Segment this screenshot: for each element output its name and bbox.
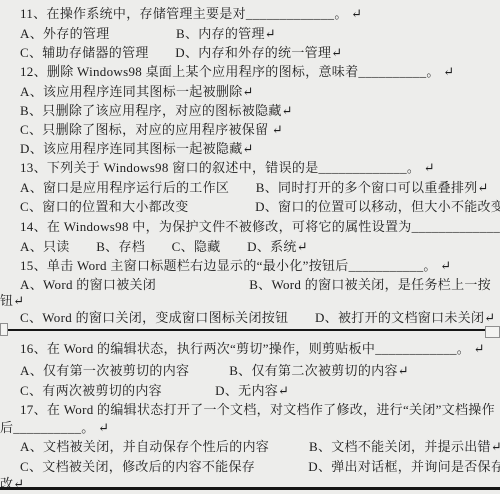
q11-stem: 11、在操作系统中，存储管理主要是对_____________。 ↵ <box>20 6 362 21</box>
q15-stem: 15、单击 Word 主窗口标题栏右边显示的“最小化”按钮后__________… <box>20 258 451 273</box>
q12-option-b: B、只删除了该应用程序，对应的图标被隐藏↵ <box>20 103 293 118</box>
section-divider-rule <box>0 329 500 331</box>
q16-stem: 16、在 Word 的编辑状态，执行两次“剪切”操作，则剪贴板中________… <box>20 341 485 356</box>
q13-stem: 13、下列关于 Windows98 窗口的叙述中，错误的是___________… <box>20 160 435 175</box>
q11-options-ab: A、外存的管理 B、内存的管理↵ <box>20 26 276 41</box>
q13-options-ab: A、窗口是应用程序运行后的工作区 B、同时打开的多个窗口可以重叠排列↵ <box>20 180 489 195</box>
q16-options-ab: A、仅有第一次被剪切的内容 B、仅有第二次被剪切的内容↵ <box>20 363 409 378</box>
divider-left-handle <box>0 323 8 336</box>
q13-options-cd: C、窗口的位置和大小都改变 D、窗口的位置可以移动，但大小不能改变↵ <box>20 199 500 214</box>
q12-option-c: C、只删除了图标，对应的应用程序被保留 ↵ <box>20 122 283 137</box>
q12-stem: 12、删除 Windows98 桌面上某个应用程序的图标，意味着________… <box>20 64 454 79</box>
q15-options-ab: A、Word 的窗口被关闭 B、Word 的窗口被关闭，是任务栏上一按 <box>20 277 491 292</box>
q11-options-cd: C、辅助存储器的管理 D、内存和外存的统一管理↵ <box>20 45 342 60</box>
q15-option-b-wrap: 钮↵ <box>0 293 25 308</box>
q17-stem-wrap: 后__________。 ↵ <box>0 420 109 435</box>
q15-options-cd: C、Word 的窗口关闭，变成窗口图标关闭按钮 D、被打开的文档窗口未关闭↵ <box>20 310 495 325</box>
bottom-border-rule <box>0 487 500 490</box>
q17-options-ab: A、文档被关闭，并自动保存个性后的内容 B、文档不能关闭，并提示出错↵ <box>20 439 500 454</box>
exam-document-page: 11、在操作系统中，存储管理主要是对_____________。 ↵ A、外存的… <box>0 0 500 494</box>
q12-option-d: D、该应用程序连同其图标一起被隐藏↵ <box>20 141 254 156</box>
q14-stem: 14、在 Windows98 中，为保护文件不被修改，可将它的属性设置为____… <box>20 219 500 234</box>
q12-option-a: A、该应用程序连同其图标一起被删除↵ <box>20 84 254 99</box>
q16-options-cd: C、有两次被剪切的内容 D、无内容↵ <box>20 383 289 398</box>
q17-stem: 17、在 Word 的编辑状态打开了一个文档，对文档作了修改，进行“关闭”文档操… <box>20 402 495 417</box>
divider-right-handle <box>485 326 500 338</box>
q14-options: A、只读 B、存档 C、隐藏 D、系统↵ <box>20 239 308 254</box>
q17-options-cd: C、文档被关闭，修改后的内容不能保存 D、弹出对话框，并询问是否保存对文档的修 <box>20 459 500 474</box>
